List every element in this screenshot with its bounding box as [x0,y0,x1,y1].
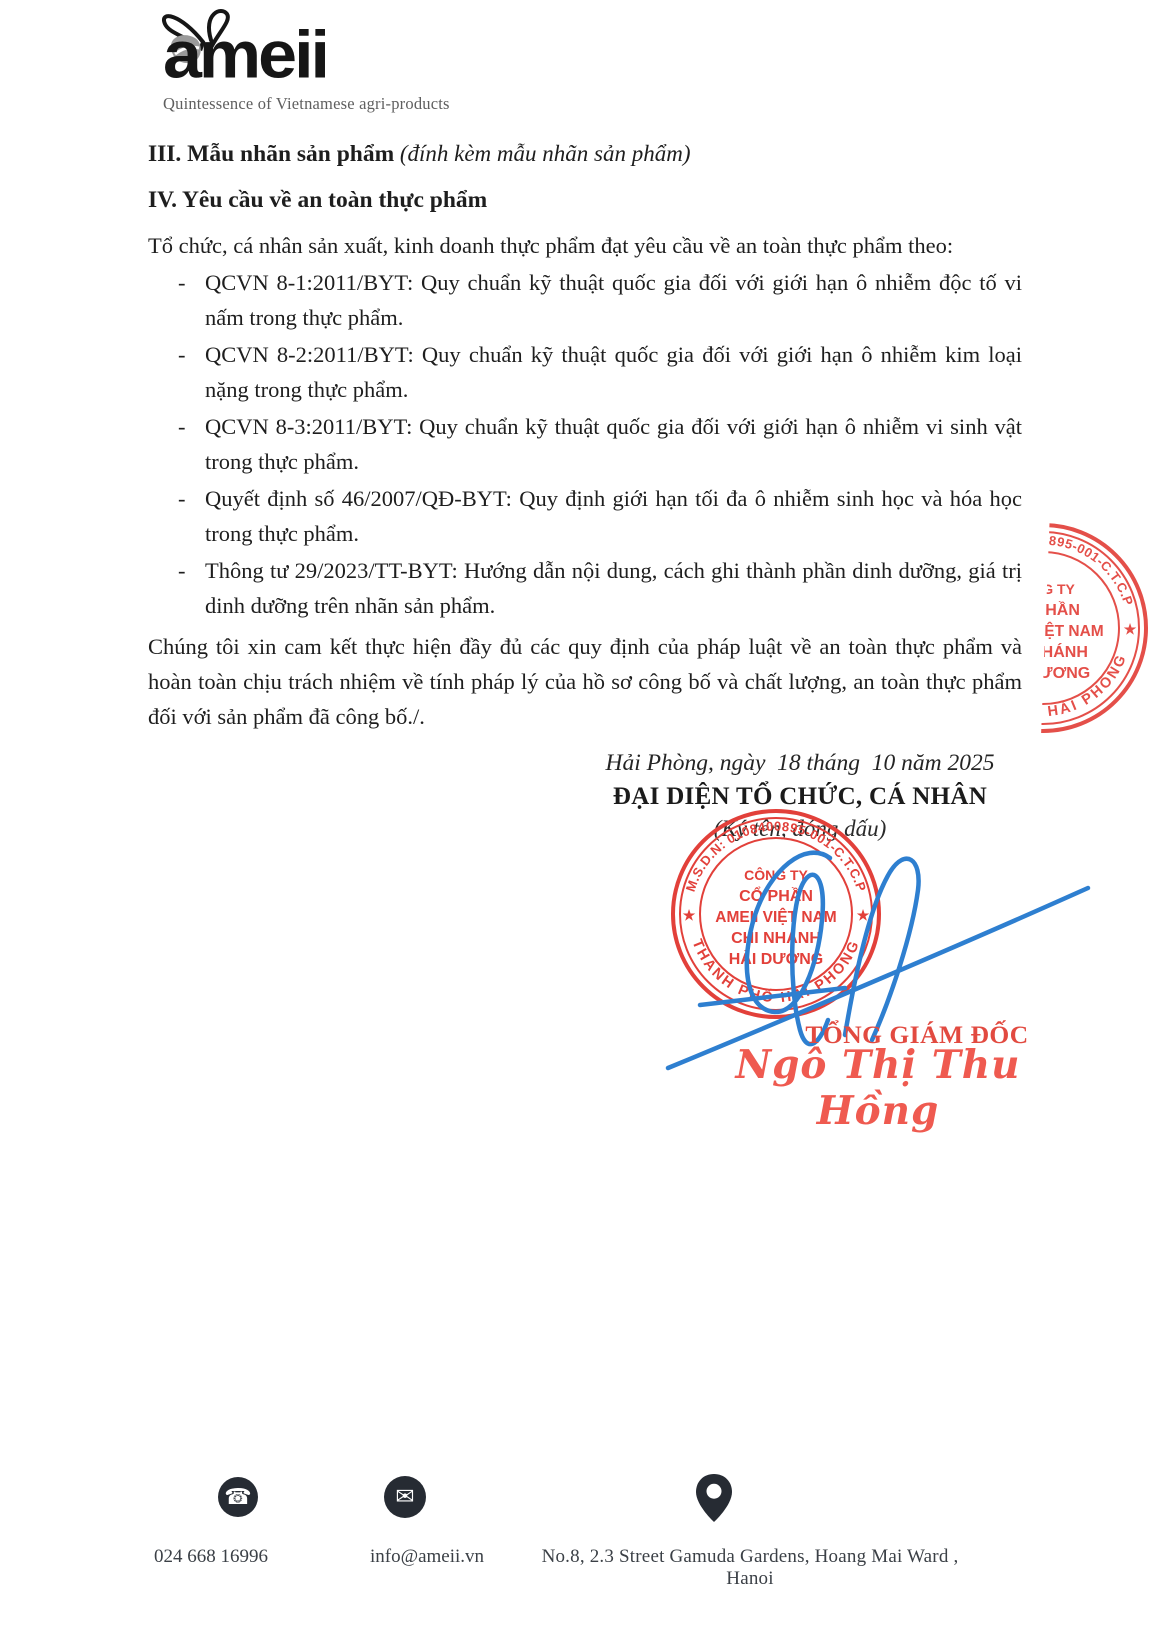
bullet-dash: - [178,553,186,588]
location-pin-icon [696,1474,732,1522]
logo-wordmark: ameii [163,20,453,89]
bullet-dash: - [178,409,186,444]
date-line: Hải Phòng, ngày 18 tháng 10 năm 2025 [555,750,1045,777]
bullet-dash: - [178,481,186,516]
signer-name: Ngô Thị Thu Hồng [728,1042,1028,1134]
document-page: ameii Quintessence of Vietnamese agri-pr… [0,0,1155,1649]
list-item: - QCVN 8-3:2011/BYT: Quy chuẩn kỹ thuật … [148,409,1022,479]
commitment-paragraph: Chúng tôi xin cam kết thực hiện đầy đủ c… [148,629,1022,734]
edge-stamp-star-right: ★ [1124,621,1137,637]
regulation-list: - QCVN 8-1:2011/BYT: Quy chuẩn kỹ thuật … [148,265,1022,623]
footer-email: info@ameii.vn [347,1546,507,1568]
section-3-note: (đính kèm mẫu nhãn sản phẩm) [400,141,691,166]
list-item-text: QCVN 8-1:2011/BYT: Quy chuẩn kỹ thuật qu… [205,270,1022,330]
list-item: - Thông tư 29/2023/TT-BYT: Hướng dẫn nội… [148,553,1022,623]
logo-tagline: Quintessence of Vietnamese agri-products [163,94,453,114]
list-item: - QCVN 8-1:2011/BYT: Quy chuẩn kỹ thuật … [148,265,1022,335]
footer-phone: 024 668 16996 [131,1546,291,1568]
footer-address: No.8, 2.3 Street Gamuda Gardens, Hoang M… [535,1546,965,1590]
intro-paragraph: Tổ chức, cá nhân sản xuất, kinh doanh th… [148,228,1022,263]
list-item-text: QCVN 8-2:2011/BYT: Quy chuẩn kỹ thuật qu… [205,342,1022,402]
section-4-title: IV. Yêu cầu về an toàn thực phẩm [148,187,487,213]
phone-icon: ☎ [218,1477,258,1517]
list-item-text: QCVN 8-3:2011/BYT: Quy chuẩn kỹ thuật qu… [205,414,1022,474]
envelope-icon: ✉ [384,1476,426,1518]
section-3-title: III. Mẫu nhãn sản phẩm [148,141,394,167]
list-item: - QCVN 8-2:2011/BYT: Quy chuẩn kỹ thuật … [148,337,1022,407]
list-item-text: Quyết định số 46/2007/QĐ-BYT: Quy định g… [205,486,1022,546]
bullet-dash: - [178,265,186,300]
bullet-dash: - [178,337,186,372]
section-3-heading: III. Mẫu nhãn sản phẩm (đính kèm mẫu nhã… [148,136,1022,172]
list-item: - Quyết định số 46/2007/QĐ-BYT: Quy định… [148,481,1022,551]
company-logo: ameii Quintessence of Vietnamese agri-pr… [163,20,453,114]
section-4-heading: IV. Yêu cầu về an toàn thực phẩm [148,182,1022,218]
document-body: III. Mẫu nhãn sản phẩm (đính kèm mẫu nhã… [148,136,1022,734]
list-item-text: Thông tư 29/2023/TT-BYT: Hướng dẫn nội d… [205,558,1022,618]
